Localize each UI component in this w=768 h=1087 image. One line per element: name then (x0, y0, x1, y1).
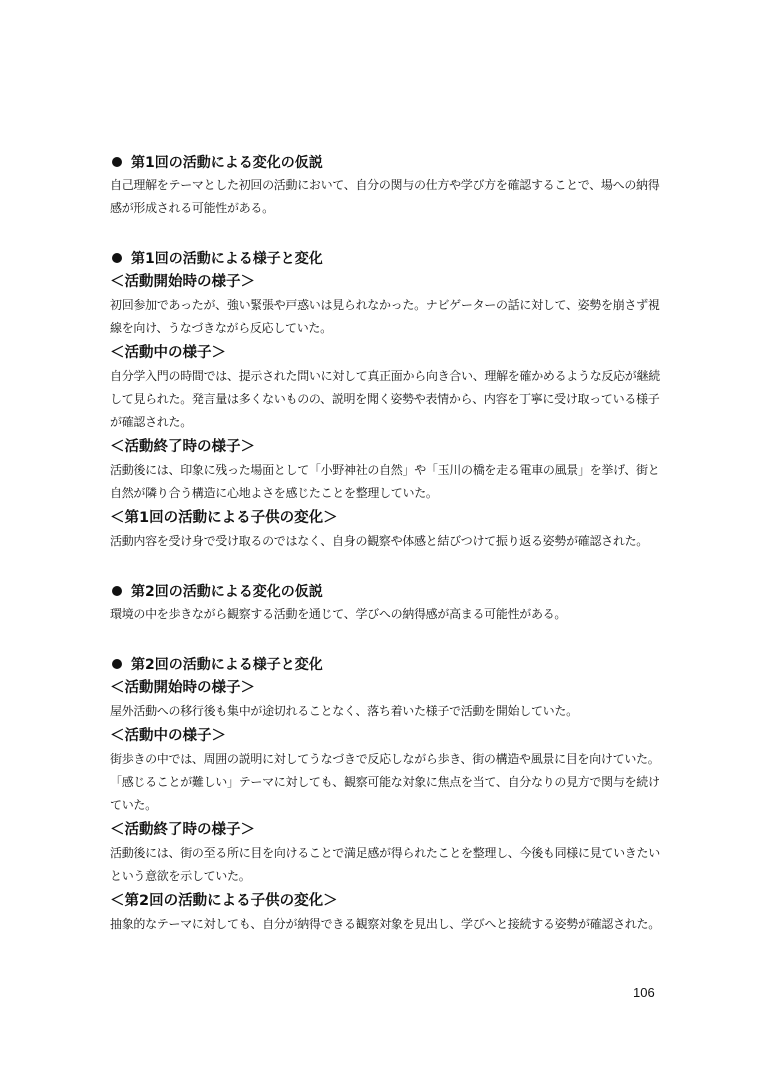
subsection-title: ＜活動開始時の様子＞ (110, 677, 670, 699)
paragraph: 屋外活動への移行後も集中が途切れることなく、落ち着いた様子で活動を開始していた。 (110, 700, 670, 723)
paragraph: 活動内容を受け身で受け取るのではなく、自身の観察や体感と結びつけて振り返る姿勢が… (110, 530, 670, 553)
subsection-title: ＜第1回の活動による子供の変化＞ (110, 507, 670, 529)
paragraph: 活動後には、印象に残った場面として「小野神社の自然」や「玉川の橋を走る電車の風景… (110, 459, 670, 505)
section-heading: 第1回の活動による様子と変化 (110, 249, 670, 269)
document-body: 第1回の活動による変化の仮説 自己理解をテーマとした初回の活動において、自分の関… (110, 153, 670, 936)
bullet-icon (112, 253, 122, 263)
paragraph: 活動後には、街の至る所に目を向けることで満足感が得られたことを整理し、今後も同様… (110, 842, 670, 888)
subsection-title: ＜活動中の様子＞ (110, 342, 670, 364)
paragraph: 抽象的なテーマに対しても、自分が納得できる観察対象を見出し、学びへと接続する姿勢… (110, 913, 670, 936)
paragraph: 自己理解をテーマとした初回の活動において、自分の関与の仕方や学び方を確認すること… (110, 174, 670, 220)
subsection-title: ＜活動開始時の様子＞ (110, 271, 670, 293)
page-number: 106 (633, 985, 655, 1000)
subsection-title: ＜活動終了時の様子＞ (110, 436, 670, 458)
paragraph: 自分学入門の時間では、提示された問いに対して真正面から向き合い、理解を確かめるよ… (110, 365, 670, 434)
subsection-title: ＜活動終了時の様子＞ (110, 819, 670, 841)
bullet-icon (112, 659, 122, 669)
paragraph: 環境の中を歩きながら観察する活動を通じて、学びへの納得感が高まる可能性がある。 (110, 603, 670, 626)
bullet-icon (112, 586, 122, 596)
subsection-title: ＜活動中の様子＞ (110, 725, 670, 747)
paragraph: 街歩きの中では、周囲の説明に対してうなづきで反応しながら歩き、街の構造や風景に目… (110, 748, 670, 817)
section-heading: 第2回の活動による様子と変化 (110, 655, 670, 675)
section-heading: 第2回の活動による変化の仮説 (110, 582, 670, 602)
paragraph: 初回参加であったが、強い緊張や戸惑いは見られなかった。ナビゲーターの話に対して、… (110, 294, 670, 340)
bullet-icon (112, 157, 122, 167)
subsection-title: ＜第2回の活動による子供の変化＞ (110, 890, 670, 912)
section-heading: 第1回の活動による変化の仮説 (110, 153, 670, 173)
